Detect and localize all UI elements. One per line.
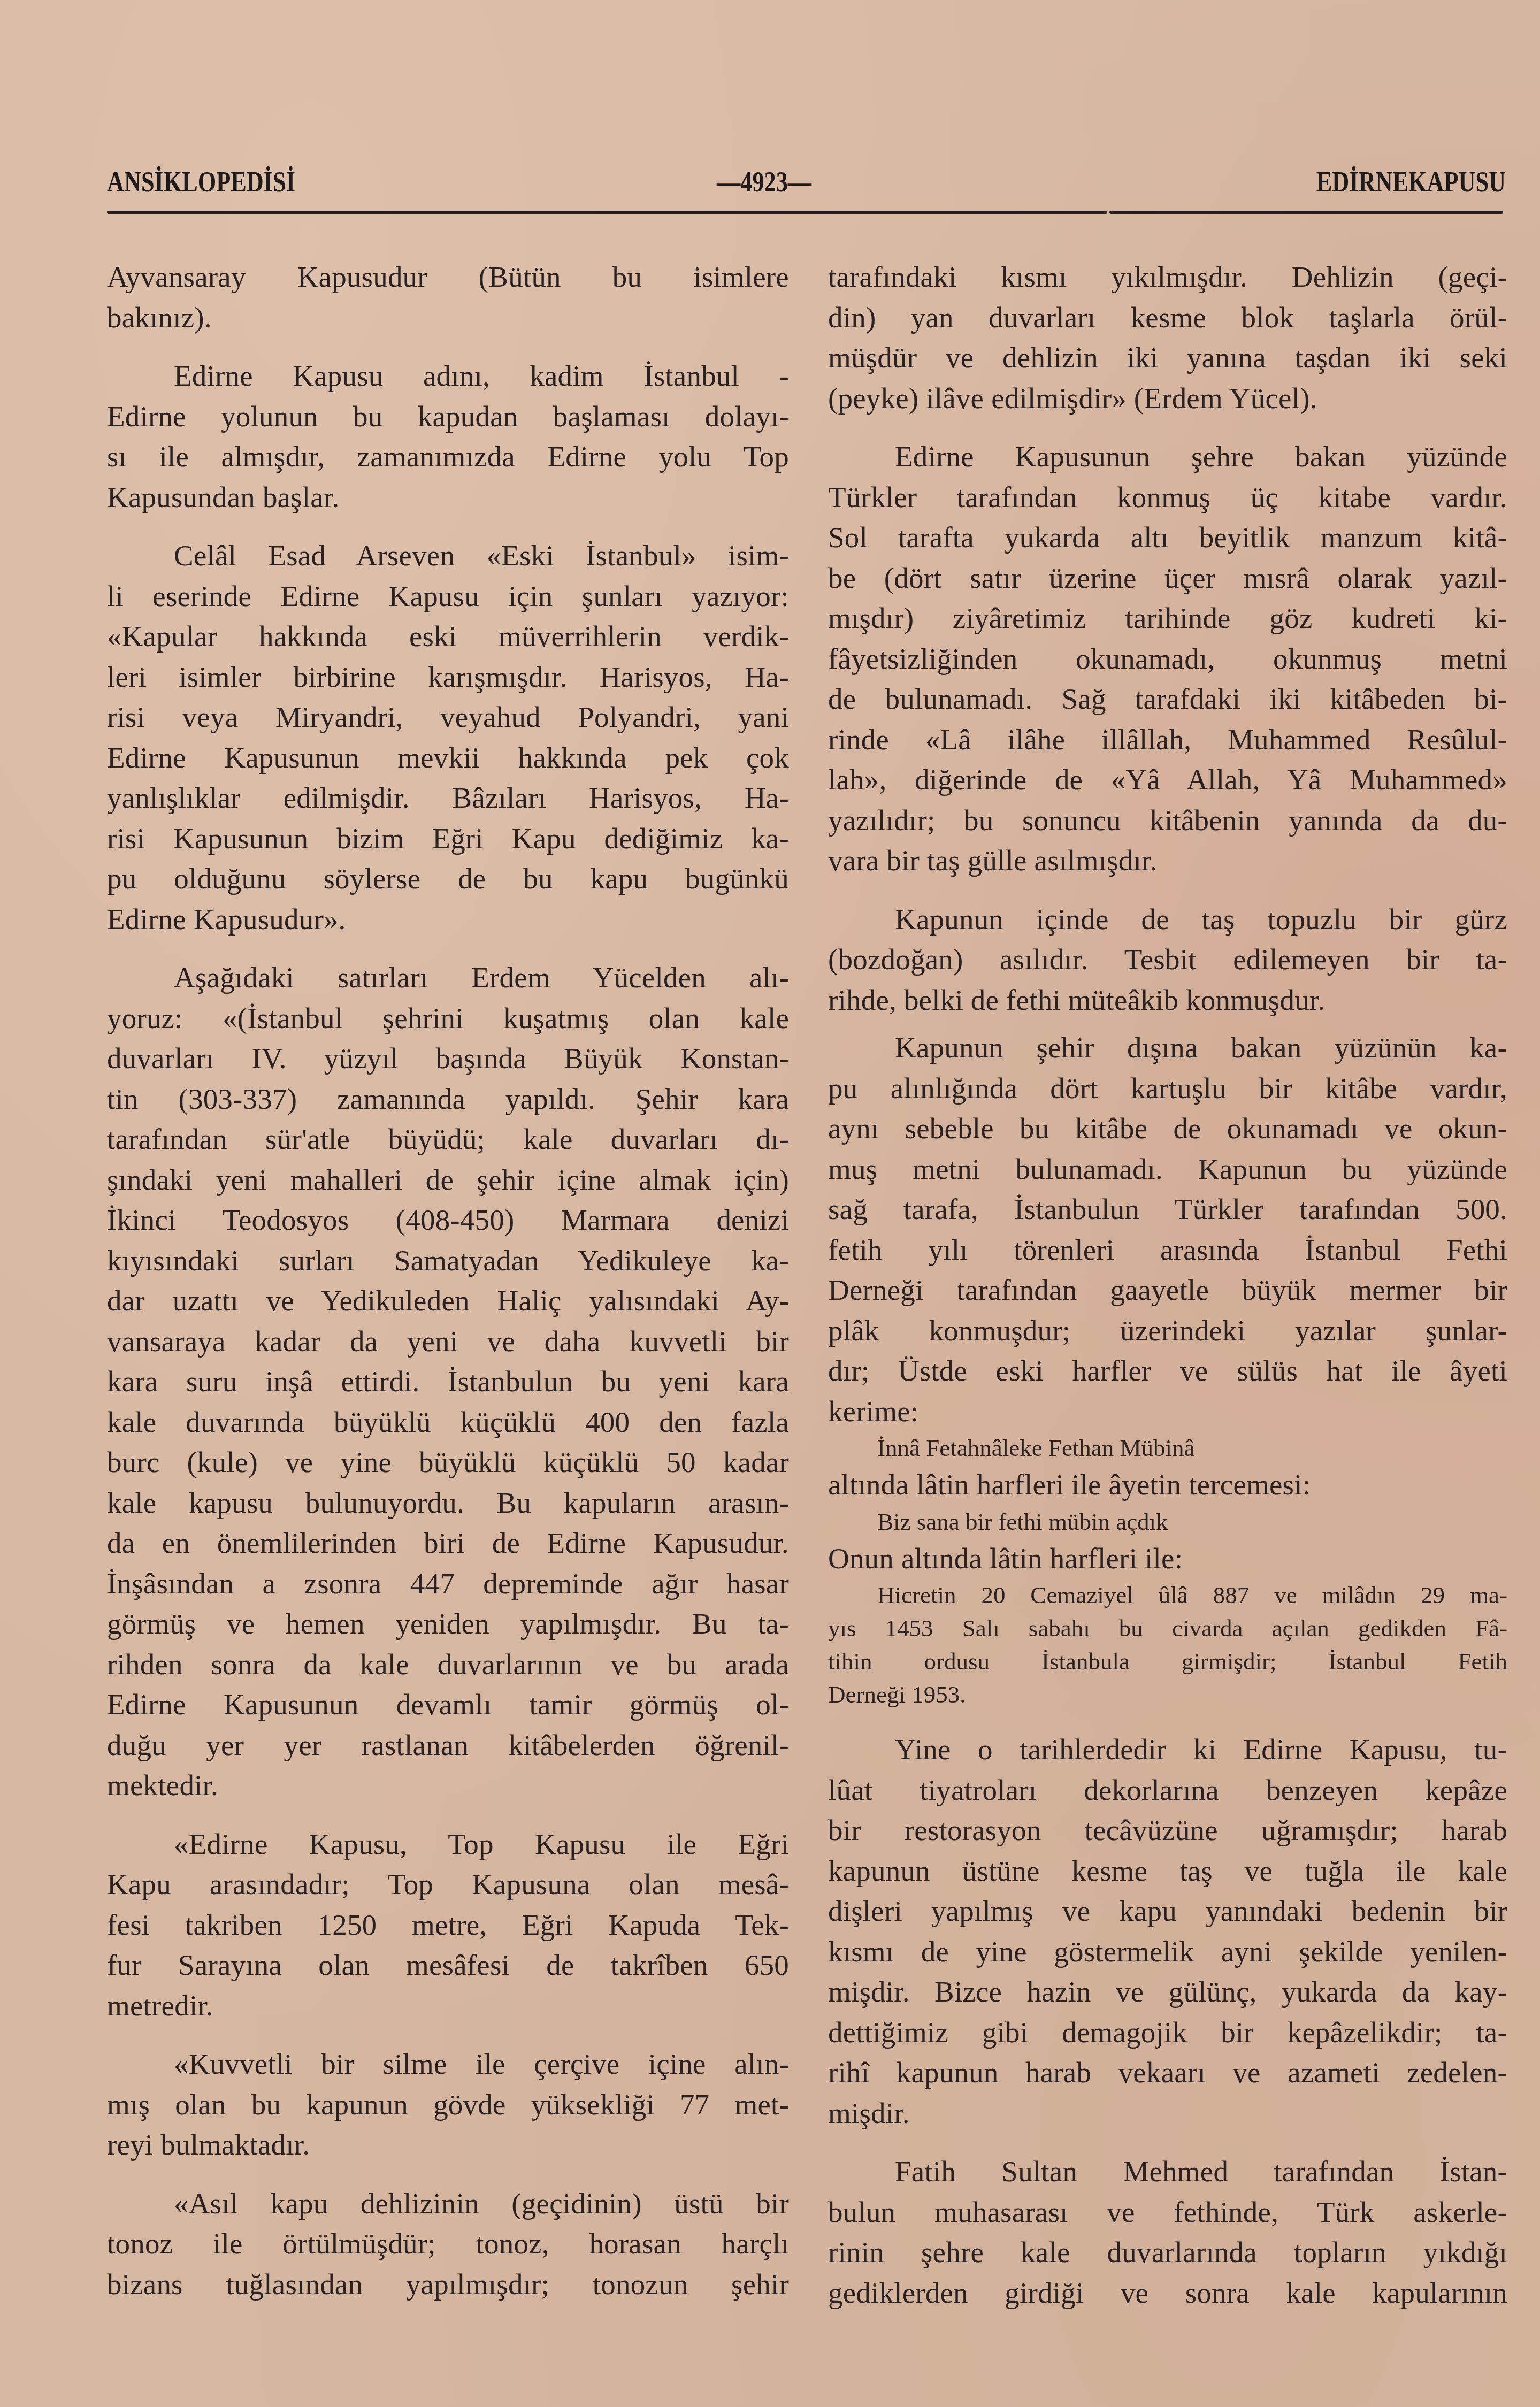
text-line: lah», diğerinde de «Yâ Allah, Yâ Muhamme…	[828, 760, 1507, 800]
paragraph: Edirne Kapusu adını, kadim İstanbul - Ed…	[107, 356, 789, 517]
text-line: Aşağıdaki satırları Erdem Yücelden alı-	[107, 957, 789, 998]
text-line: Türkler tarafından konmuş üç kitabe vard…	[828, 477, 1507, 518]
text-line: muş metni bulunamadı. Kapunun bu yüzünde	[828, 1149, 1507, 1190]
text-line: İnnâ Fetahnâleke Fethan Mübinâ	[877, 1431, 1507, 1465]
right-column: tarafındaki kısmı yıkılmışdır. Dehlizin …	[828, 257, 1507, 2313]
text-line: de bulunamadı. Sağ tarafdaki iki kitâbed…	[828, 679, 1507, 719]
left-column: Ayvansaray Kapusudur (Bütün bu isimlere …	[107, 257, 789, 2304]
text-line: görmüş ve hemen yeniden yapılmışdır. Bu …	[107, 1604, 789, 1644]
text-line: mişdir. Bizce hazin ve gülünç, yukarda d…	[828, 1972, 1507, 2012]
paragraph: «Kuvvetli bir silme ile çerçive içine al…	[107, 2044, 789, 2165]
text-line: lûat tiyatroları dekorlarına benzeyen ke…	[828, 1770, 1507, 1811]
text-line: tonoz ile örtülmüşdür; tonoz, horasan ha…	[107, 2224, 789, 2264]
text-line: pu alınlığında dört kartuşlu bir kitâbe …	[828, 1068, 1507, 1109]
text-line: rihde, belki de fethi müteâkib konmuşdur…	[828, 980, 1507, 1021]
text-line: risi Kapusunun bizim Eğri Kapu dediğimiz…	[107, 818, 789, 859]
text-line: gediklerden girdiği ve sonra kale kapula…	[828, 2273, 1507, 2313]
text-line: İkinci Teodosyos (408-450) Marmara deniz…	[107, 1200, 789, 1240]
text-line: yoruz: «(İstanbul şehrini kuşatmış olan …	[107, 998, 789, 1039]
text-line: Edirne Kapusunun şehre bakan yüzünde	[828, 436, 1507, 477]
text-line: (peyke) ilâve edilmişdir» (Erdem Yücel).	[828, 378, 1507, 419]
paragraph: Fatih Sultan Mehmed tarafından İstan- bu…	[828, 2151, 1507, 2313]
text-line: Edirne Kapusunun devamlı tamir görmüş ol…	[107, 1684, 789, 1725]
paragraph: Aşağıdaki satırları Erdem Yücelden alı- …	[107, 957, 789, 1806]
text-line: yanlışlıklar edilmişdir. Bâzıları Harisy…	[107, 778, 789, 818]
inscription-translation: Biz sana bir fethi mübin açdık	[828, 1505, 1507, 1538]
text-line: dır; Üstde eski harfler ve sülüs hat ile…	[828, 1351, 1507, 1391]
text-line: Fatih Sultan Mehmed tarafından İstan-	[828, 2151, 1507, 2192]
text-line: Yine o tarihlerdedir ki Edirne Kapusu, t…	[828, 1729, 1507, 1770]
encyclopedia-page: ANSİKLOPEDİSİ —4923— EDİRNEKAPUSU Ayvans…	[0, 0, 1540, 2407]
text-line: mektedir.	[107, 1765, 789, 1806]
inscription-caption: Onun altında lâtin harfleri ile:	[828, 1538, 1507, 1579]
text-line: mış olan bu kapunun gövde yüksekliği 77 …	[107, 2084, 789, 2125]
text-line: «Kuvvetli bir silme ile çerçive içine al…	[107, 2044, 789, 2084]
text-line: bakınız).	[107, 297, 789, 338]
text-line: Kapusundan başlar.	[107, 477, 789, 518]
text-line: Kapunun şehir dışına bakan yüzünün ka-	[828, 1028, 1507, 1068]
paragraph: Celâl Esad Arseven «Eski İstanbul» isim-…	[107, 535, 789, 939]
text-line: Derneği 1953.	[828, 1678, 1507, 1711]
inscription-caption: altında lâtin harfleri ile âyetin tercem…	[828, 1465, 1507, 1505]
text-line: yıs 1453 Salı sabahı bu civarda açılan g…	[828, 1612, 1507, 1645]
text-line: bir restorasyon tecâvüzüne uğramışdır; h…	[828, 1810, 1507, 1851]
text-line: tarafından sür'atle büyüdü; kale duvarla…	[107, 1119, 789, 1160]
text-line: rihden sonra da kale duvarlarının ve bu …	[107, 1644, 789, 1685]
running-head: ANSİKLOPEDİSİ —4923— EDİRNEKAPUSU	[107, 160, 1506, 203]
text-line: altında lâtin harfleri ile âyetin tercem…	[828, 1465, 1507, 1505]
text-line: mişdir.	[828, 2093, 1507, 2134]
running-head-left-title: ANSİKLOPEDİSİ	[107, 160, 295, 203]
running-head-entry-title: EDİRNEKAPUSU	[1316, 160, 1506, 203]
text-line: İnşâsından a zsonra 447 depreminde ağır …	[107, 1563, 789, 1604]
text-line: fesi takriben 1250 metre, Eğri Kapuda Te…	[107, 1905, 789, 1945]
text-line: bizans tuğlasından yapılmışdır; tonozun …	[107, 2264, 789, 2305]
paragraph: Ayvansaray Kapusudur (Bütün bu isimlere …	[107, 257, 789, 338]
inscription-arabic-transliteration: İnnâ Fetahnâleke Fethan Mübinâ	[828, 1431, 1507, 1465]
text-line: Edirne Kapusudur».	[107, 899, 789, 940]
text-line: «Edirne Kapusu, Top Kapusu ile Eğri	[107, 1824, 789, 1865]
text-line: dar uzattı ve Yedikuleden Haliç yalısınd…	[107, 1281, 789, 1321]
text-line: rihî kapunun harab vekaarı ve azameti ze…	[828, 2052, 1507, 2093]
text-line: vara bir taş gülle asılmışdır.	[828, 840, 1507, 881]
text-line: plâk konmuşdur; üzerindeki yazılar şunla…	[828, 1310, 1507, 1351]
text-line: risi veya Miryandri, veyahud Polyandri, …	[107, 697, 789, 738]
text-line: şındaki yeni mahalleri de şehir içine al…	[107, 1160, 789, 1200]
inscription-latin-text: Hicretin 20 Cemaziyel ûlâ 887 ve milâdın…	[828, 1578, 1507, 1711]
text-line: Ayvansaray Kapusudur (Bütün bu isimlere	[107, 257, 789, 297]
paragraph: Kapunun içinde de taş topuzlu bir gürz (…	[828, 899, 1507, 1021]
text-line: duğu yer yer rastlanan kitâbelerden öğre…	[107, 1725, 789, 1766]
text-line: tarafındaki kısmı yıkılmışdır. Dehlizin …	[828, 257, 1507, 297]
text-line: be (dört satır üzerine üçer mısrâ olarak…	[828, 558, 1507, 599]
text-line: Kapunun içinde de taş topuzlu bir gürz	[828, 899, 1507, 940]
paragraph: tarafındaki kısmı yıkılmışdır. Dehlizin …	[828, 257, 1507, 418]
text-line: metredir.	[107, 1986, 789, 2026]
text-line: Edirne Kapusunun mevkii hakkında pek çok	[107, 738, 789, 778]
text-line: rinde «Lâ ilâhe illâllah, Muhammed Resûl…	[828, 719, 1507, 760]
text-line: Derneği tarafından gaayetle büyük mermer…	[828, 1270, 1507, 1310]
text-line: (bozdoğan) asılıdır. Tesbit edilemeyen b…	[828, 939, 1507, 980]
text-line: vansaraya kadar da yeni ve daha kuvvetli…	[107, 1321, 789, 1362]
text-line: Celâl Esad Arseven «Eski İstanbul» isim-	[107, 535, 789, 576]
text-line: kapunun üstüne kesme taş ve tuğla ile ka…	[828, 1851, 1507, 1891]
paragraph: Edirne Kapusunun şehre bakan yüzünde Tür…	[828, 436, 1507, 881]
text-line: aynı sebeble bu kitâbe de okunamadı ve o…	[828, 1108, 1507, 1149]
text-line: fetih yılı törenleri arasında İstanbul F…	[828, 1230, 1507, 1270]
text-line: da en önemlilerinden biri de Edirne Kapu…	[107, 1523, 789, 1563]
page-number: —4923—	[717, 160, 811, 203]
text-line: Onun altında lâtin harfleri ile:	[828, 1538, 1507, 1579]
text-line: din) yan duvarları kesme blok taşlarla ö…	[828, 297, 1507, 338]
text-line: sı ile almışdır, zamanımızda Edirne yolu…	[107, 436, 789, 477]
text-line: dişleri yapılmış ve kapu yanındaki beden…	[828, 1891, 1507, 1931]
paragraph: Yine o tarihlerdedir ki Edirne Kapusu, t…	[828, 1729, 1507, 2133]
text-line: duvarları IV. yüzyıl başında Büyük Konst…	[107, 1038, 789, 1079]
header-rule-left	[107, 211, 1107, 214]
text-line: fur Sarayına olan mesâfesi de takrîben 6…	[107, 1945, 789, 1986]
text-line: müşdür ve dehlizin iki yanına taşdan iki…	[828, 338, 1507, 378]
text-line: Edirne Kapusu adını, kadim İstanbul -	[107, 356, 789, 396]
text-line: tin (303-337) zamanında yapıldı. Şehir k…	[107, 1079, 789, 1120]
text-line: kerime:	[828, 1391, 1507, 1432]
paragraph: «Edirne Kapusu, Top Kapusu ile Eğri Kapu…	[107, 1824, 789, 2026]
text-line: «Asıl kapu dehlizinin (geçidinin) üstü b…	[107, 2183, 789, 2224]
text-line: kale duvarında büyüklü küçüklü 400 den f…	[107, 1402, 789, 1443]
text-line: reyi bulmaktadır.	[107, 2125, 789, 2165]
text-line: yazılıdır; bu sonuncu kitâbenin yanında …	[828, 800, 1507, 841]
header-rule-right	[1109, 211, 1503, 214]
text-line: kale kapusu bulunuyordu. Bu kapuların ar…	[107, 1483, 789, 1523]
text-line: mışdır) ziyâretimiz tarihinde göz kudret…	[828, 598, 1507, 639]
text-line: fâyetsizliğinden okunamadı, okunmuş metn…	[828, 639, 1507, 679]
text-line: kısmı de yine göstermelik ayni şekilde y…	[828, 1931, 1507, 1972]
text-line: Sol tarafta yukarda altı beyitlik manzum…	[828, 517, 1507, 558]
text-line: Edirne yolunun bu kapudan başlaması dola…	[107, 396, 789, 437]
paragraph: «Asıl kapu dehlizinin (geçidinin) üstü b…	[107, 2183, 789, 2305]
text-line: leri isimler birbirine karışmışdır. Hari…	[107, 657, 789, 697]
text-line: «Kapular hakkında eski müverrihlerin ver…	[107, 616, 789, 657]
text-line: Kapu arasındadır; Top Kapusuna olan mesâ…	[107, 1864, 789, 1905]
text-line: kıyısındaki surları Samatyadan Yedikuley…	[107, 1240, 789, 1281]
text-line: bulun muhasarası ve fethinde, Türk asker…	[828, 2192, 1507, 2233]
text-line: dettiğimiz gibi demagojik bir kepâzelikd…	[828, 2012, 1507, 2053]
text-line: Hicretin 20 Cemaziyel ûlâ 887 ve milâdın…	[828, 1578, 1507, 1612]
text-line: kara suru inşâ ettirdi. İstanbulun bu ye…	[107, 1361, 789, 1402]
text-line: rinin şehre kale duvarlarında topların y…	[828, 2232, 1507, 2273]
text-line: li eserinde Edirne Kapusu için şunları y…	[107, 576, 789, 617]
text-line: tihin ordusu İstanbula girmişdir; İstanb…	[828, 1645, 1507, 1678]
text-line: sağ tarafa, İstanbulun Türkler tarafında…	[828, 1189, 1507, 1230]
paragraph: Kapunun şehir dışına bakan yüzünün ka- p…	[828, 1028, 1507, 1431]
text-line: Biz sana bir fethi mübin açdık	[877, 1505, 1507, 1538]
text-line: burc (kule) ve yine büyüklü küçüklü 50 k…	[107, 1442, 789, 1483]
text-line: pu olduğunu söylerse de bu kapu bugünkü	[107, 858, 789, 899]
